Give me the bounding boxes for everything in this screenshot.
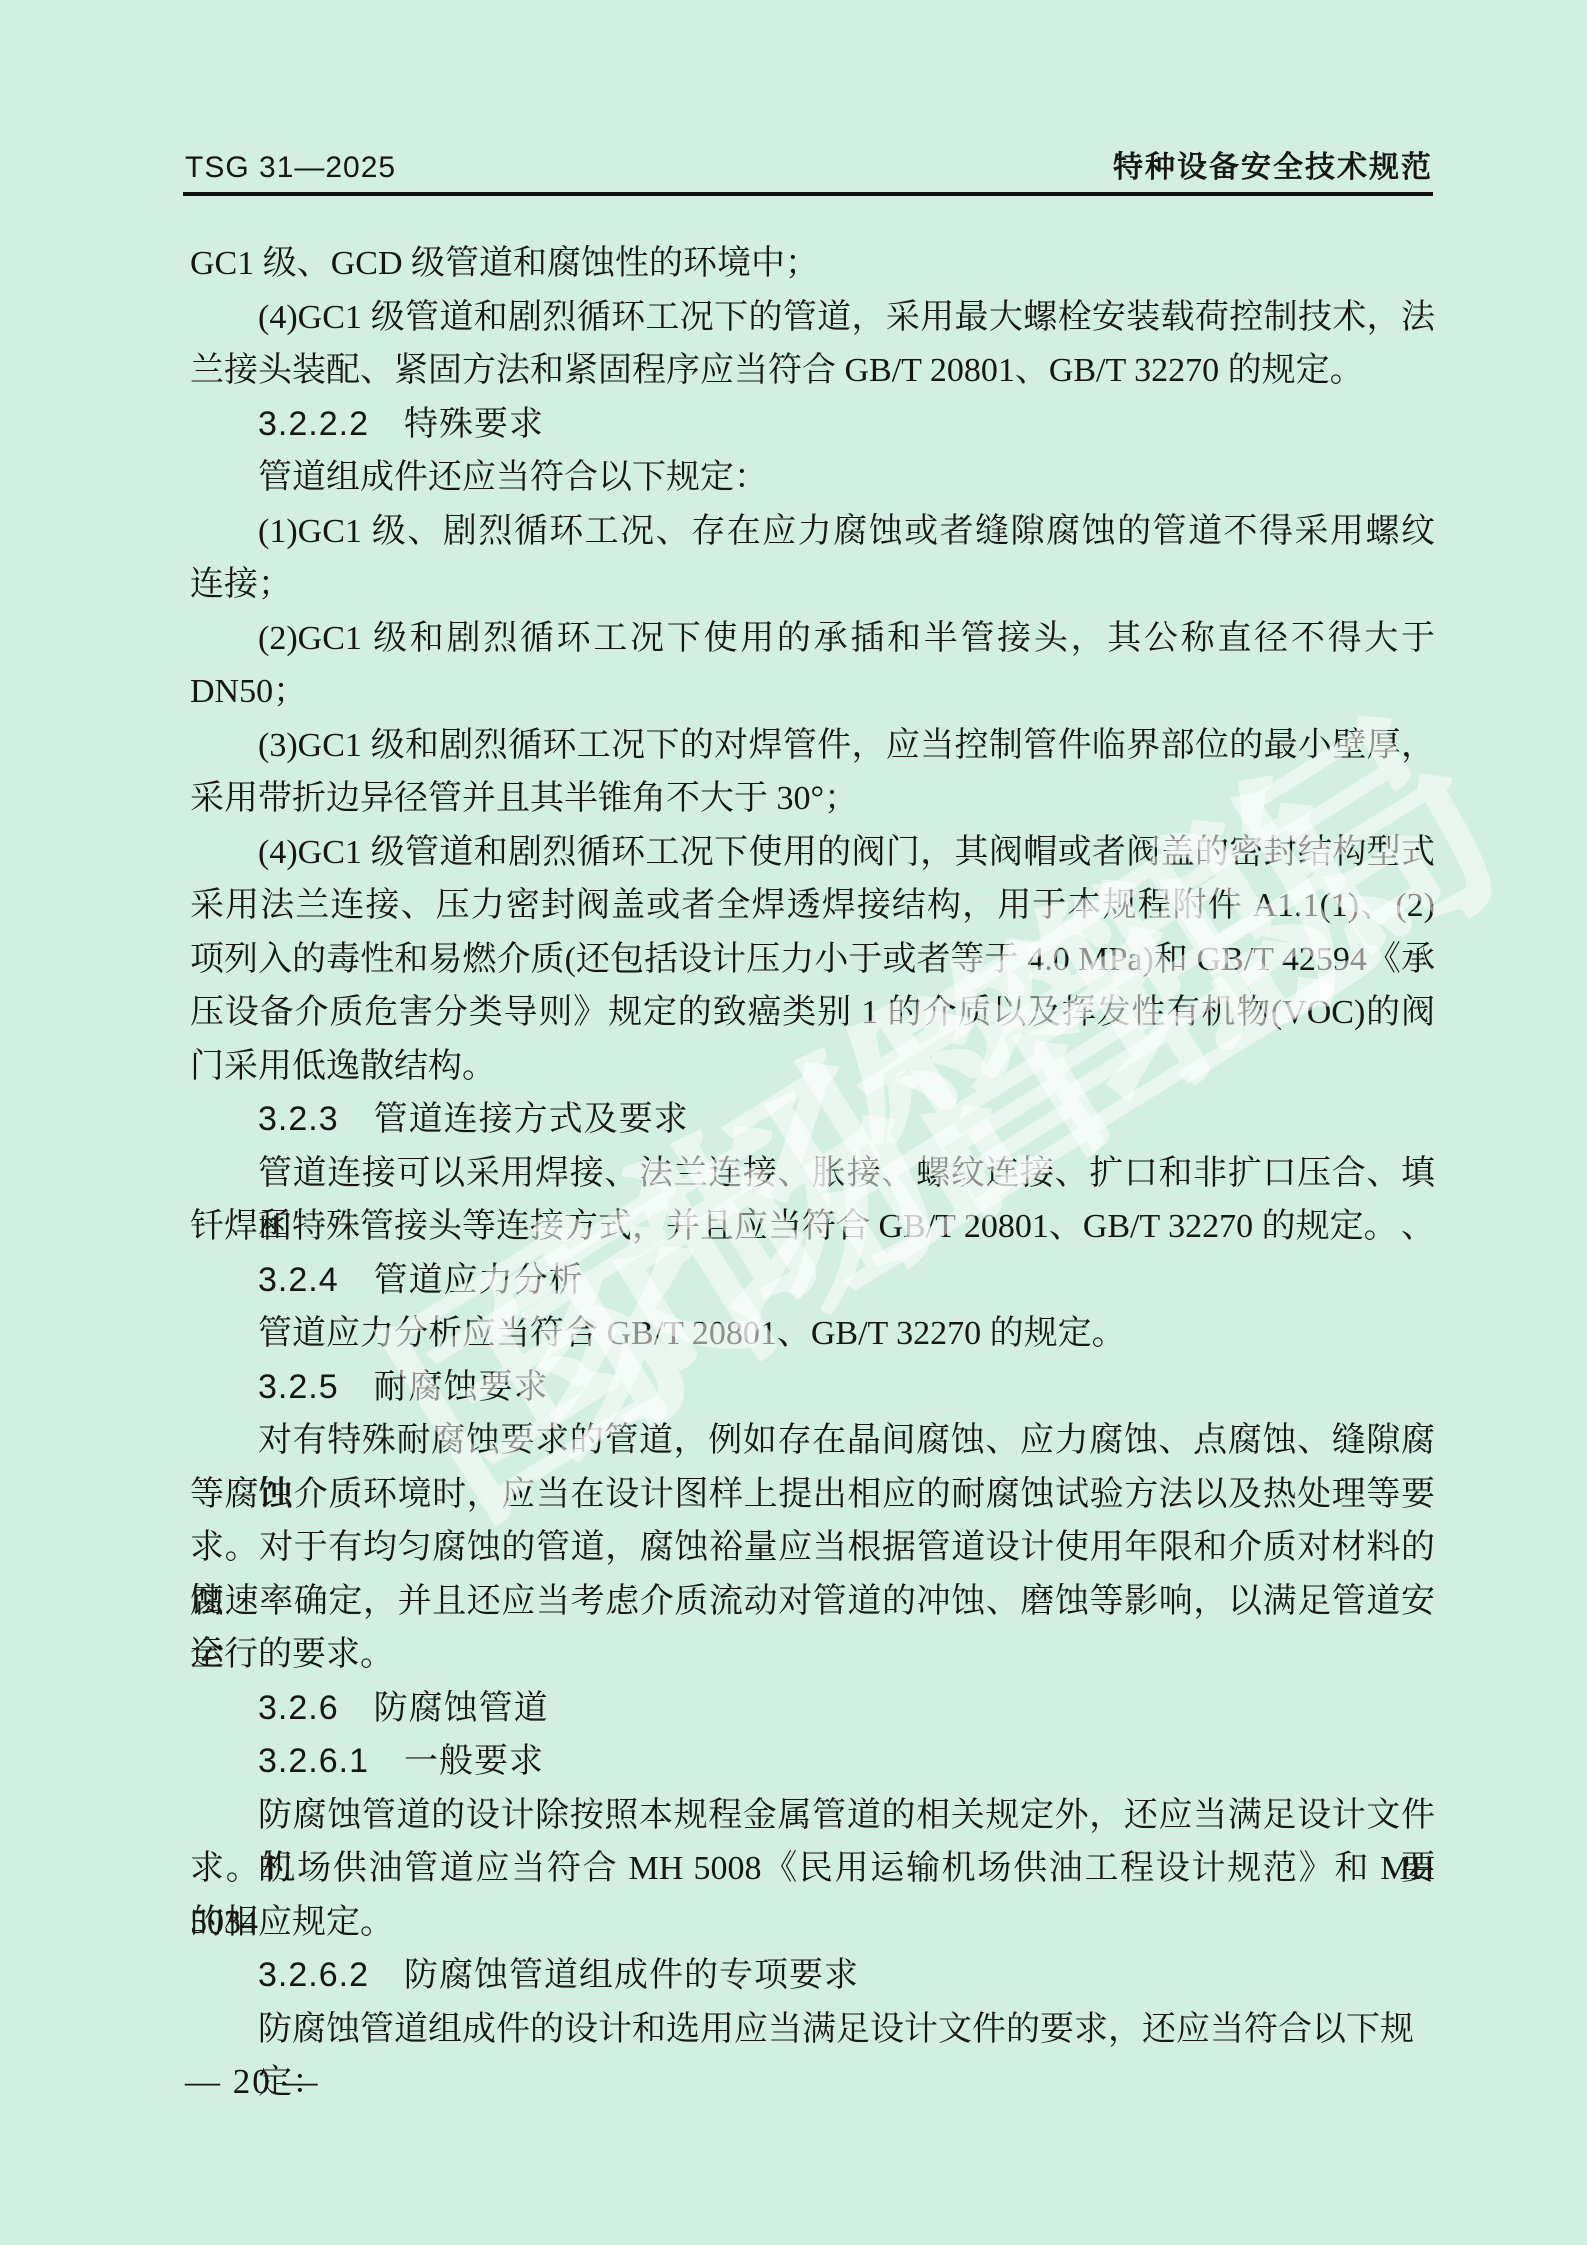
header-rule — [183, 192, 1433, 196]
text-line: 管道组成件还应当符合以下规定： — [190, 451, 1435, 505]
header-doc-type: 特种设备安全技术规范 — [1113, 148, 1433, 188]
heading-line: 3.2.3 管道连接方式及要求 — [190, 1093, 1435, 1147]
document-page: TSG 31—2025 特种设备安全技术规范 GC1 级、GCD 级管道和腐蚀性… — [0, 0, 1587, 2245]
header-doc-number: TSG 31—2025 — [185, 148, 396, 188]
document-body: GC1 级、GCD 级管道和腐蚀性的环境中；(4)GC1 级管道和剧烈循环工况下… — [190, 237, 1435, 2056]
text-line: 的相应规定。 — [190, 1896, 1435, 1950]
text-line: 管道应力分析应当符合 GB/T 20801、GB/T 32270 的规定。 — [190, 1307, 1435, 1361]
text-line: 管道连接可以采用焊接、法兰连接、胀接、螺纹连接、扩口和非扩口压合、填函、 — [190, 1147, 1435, 1201]
text-line: 等腐蚀介质环境时，应当在设计图样上提出相应的耐腐蚀试验方法以及热处理等要 — [190, 1468, 1435, 1522]
heading-line: 3.2.2.2 特殊要求 — [190, 398, 1435, 452]
text-line: 钎焊和特殊管接头等连接方式，并且应当符合 GB/T 20801、GB/T 322… — [190, 1200, 1435, 1254]
heading-line: 3.2.4 管道应力分析 — [190, 1254, 1435, 1308]
text-line: 对有特殊耐腐蚀要求的管道，例如存在晶间腐蚀、应力腐蚀、点腐蚀、缝隙腐蚀 — [190, 1414, 1435, 1468]
text-line: 采用法兰连接、压力密封阀盖或者全焊透焊接结构，用于本规程附件 A1.1(1)、(… — [190, 879, 1435, 933]
text-line: 连接； — [190, 558, 1435, 612]
text-line: (3)GC1 级和剧烈循环工况下的对焊管件，应当控制管件临界部位的最小壁厚， — [190, 719, 1435, 773]
text-line: 防腐蚀管道组成件的设计和选用应当满足设计文件的要求，还应当符合以下规定： — [190, 2003, 1435, 2057]
text-line: 运行的要求。 — [190, 1628, 1435, 1682]
text-line: 求。机场供油管道应当符合 MH 5008《民用运输机场供油工程设计规范》和 MH… — [190, 1842, 1435, 1896]
heading-line: 3.2.5 耐腐蚀要求 — [190, 1361, 1435, 1415]
text-line: (4)GC1 级管道和剧烈循环工况下使用的阀门，其阀帽或者阀盖的密封结构型式 — [190, 826, 1435, 880]
text-line: (4)GC1 级管道和剧烈循环工况下的管道，采用最大螺栓安装载荷控制技术，法 — [190, 291, 1435, 345]
heading-line: 3.2.6 防腐蚀管道 — [190, 1682, 1435, 1736]
heading-line: 3.2.6.1 一般要求 — [190, 1735, 1435, 1789]
text-line: 压设备介质危害分类导则》规定的致癌类别 1 的介质以及挥发性有机物(VOC)的阀 — [190, 986, 1435, 1040]
text-line: 采用带折边异径管并且其半锥角不大于 30°； — [190, 772, 1435, 826]
text-line: (2)GC1 级和剧烈循环工况下使用的承插和半管接头，其公称直径不得大于 — [190, 612, 1435, 666]
text-line: 蚀速率确定，并且还应当考虑介质流动对管道的冲蚀、磨蚀等影响，以满足管道安全 — [190, 1575, 1435, 1629]
text-line: 项列入的毒性和易燃介质(还包括设计压力小于或者等于 4.0 MPa)和 GB/T… — [190, 933, 1435, 987]
text-line: 求。对于有均匀腐蚀的管道，腐蚀裕量应当根据管道设计使用年限和介质对材料的腐 — [190, 1521, 1435, 1575]
text-line: 门采用低逸散结构。 — [190, 1040, 1435, 1094]
text-line: DN50； — [190, 665, 1435, 719]
text-line: 兰接头装配、紧固方法和紧固程序应当符合 GB/T 20801、GB/T 3227… — [190, 344, 1435, 398]
text-line: 防腐蚀管道的设计除按照本规程金属管道的相关规定外，还应当满足设计文件的要 — [190, 1789, 1435, 1843]
text-line: GC1 级、GCD 级管道和腐蚀性的环境中； — [190, 237, 1435, 291]
page-header: TSG 31—2025 特种设备安全技术规范 — [185, 148, 1433, 188]
heading-line: 3.2.6.2 防腐蚀管道组成件的专项要求 — [190, 1949, 1435, 2003]
text-line: (1)GC1 级、剧烈循环工况、存在应力腐蚀或者缝隙腐蚀的管道不得采用螺纹 — [190, 505, 1435, 559]
